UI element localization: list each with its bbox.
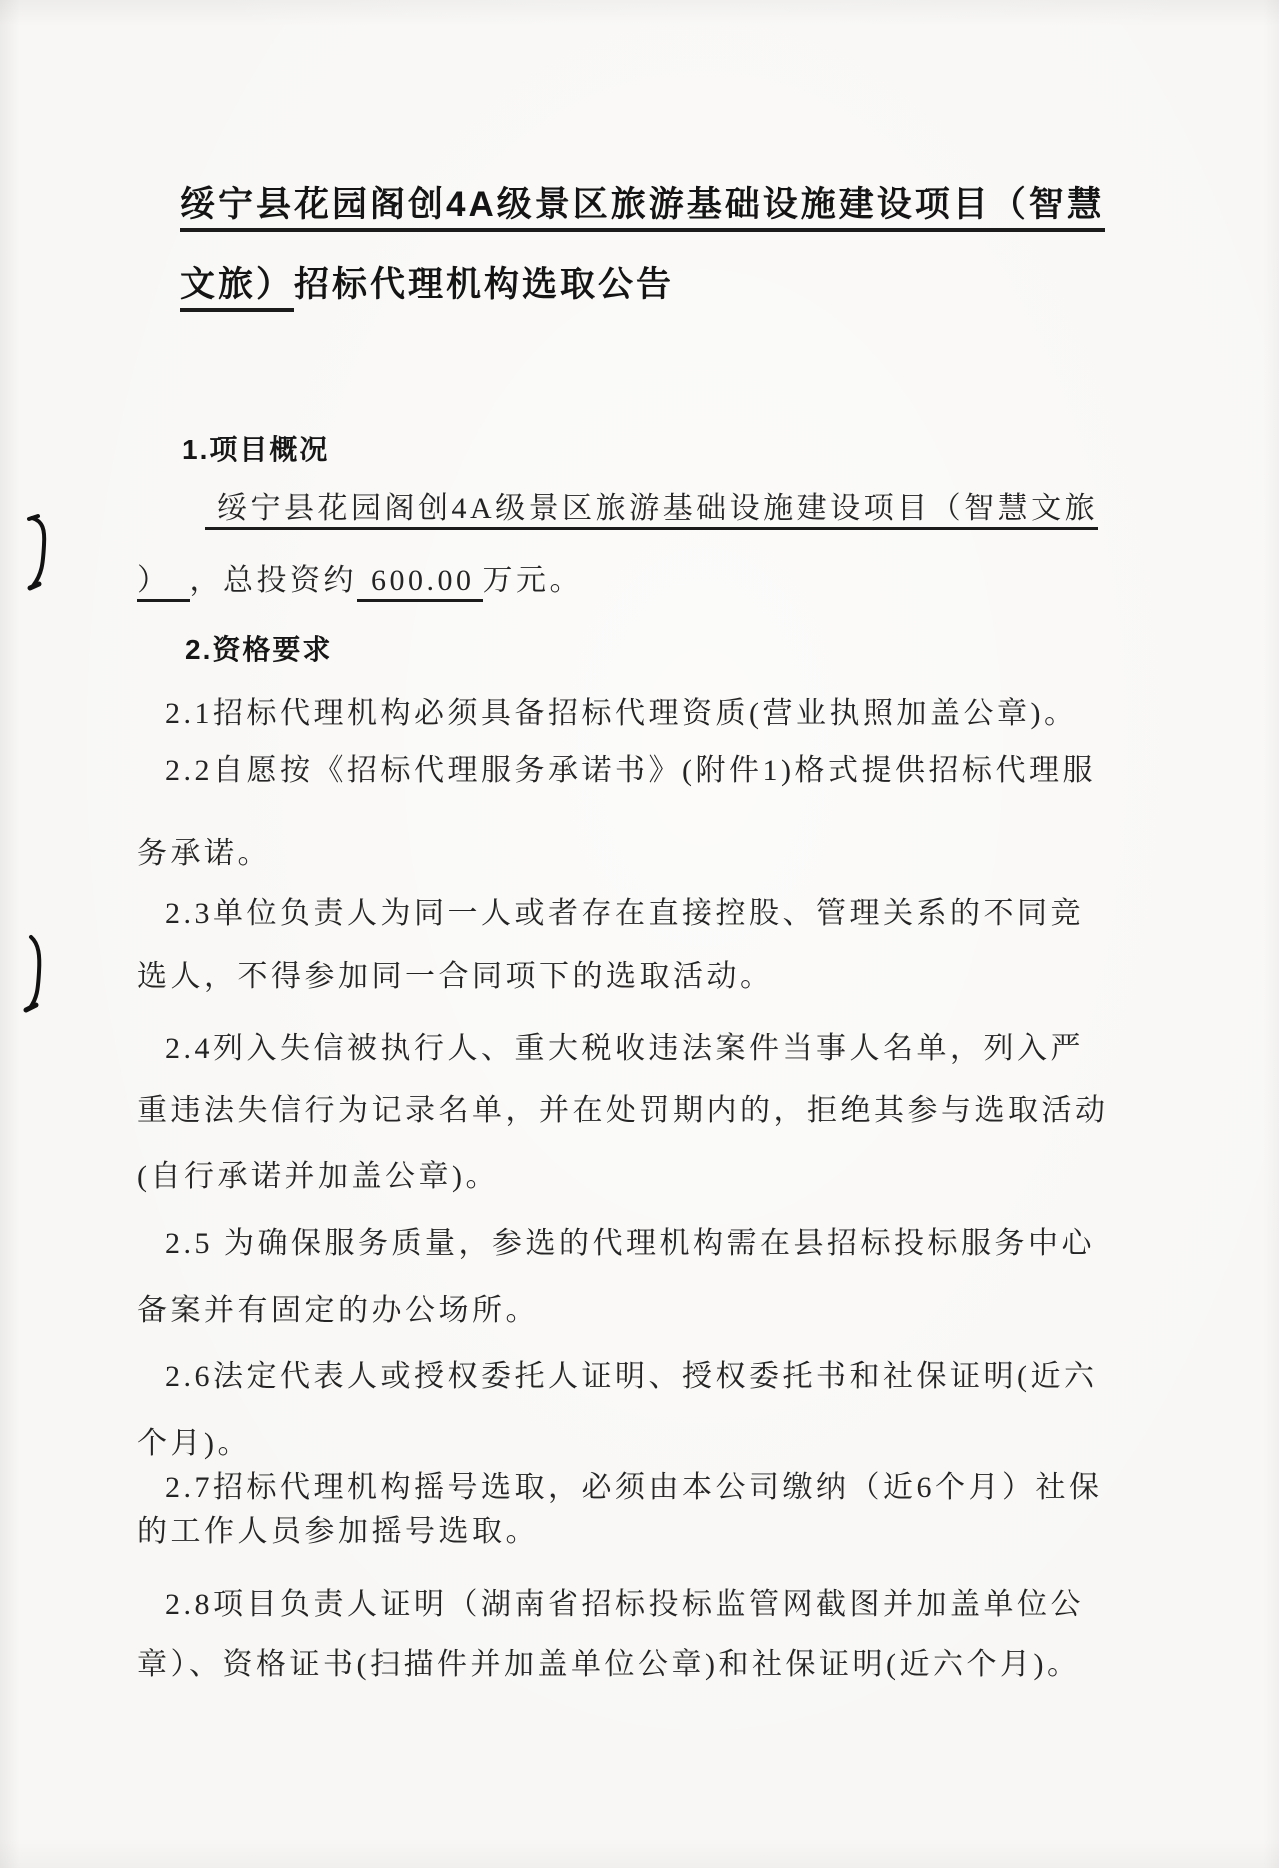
section-1-heading: 1.项目概况 [182,430,329,470]
title-underlined-text: 绥宁县花园阁创4A级景区旅游基础设施建设项目（智慧 [180,185,1105,232]
requirement-2-3-line-2: 选人，不得参加同一合同项下的选取活动。 [137,955,774,999]
document-page: 绥宁县花园阁创4A级景区旅游基础设施建设项目（智慧 文旅）招标代理机构选取公告 … [0,0,1279,1868]
requirement-2-6-line-1: 2.6法定代表人或授权委托人证明、授权委托书和社保证明(近六 [165,1355,1098,1399]
requirement-2-7-line-1: 2.7招标代理机构摇号选取，必须由本公司缴纳（近6个月）社保 [165,1466,1103,1510]
requirement-2-2-line-1: 2.2自愿按《招标代理服务承诺书》(附件1)格式提供招标代理服 [165,749,1096,793]
requirement-2-5-line-2: 备案并有固定的办公场所。 [137,1289,539,1333]
requirement-2-2-line-2: 务承诺。 [137,832,271,876]
document-content: 绥宁县花园阁创4A级景区旅游基础设施建设项目（智慧 文旅）招标代理机构选取公告 … [137,0,1249,1687]
document-title-line-1: 绥宁县花园阁创4A级景区旅游基础设施建设项目（智慧 [180,179,1105,231]
requirement-2-6-line-2: 个月)。 [137,1422,251,1466]
requirement-2-4-line-3: (自行承诺并加盖公章)。 [137,1155,499,1199]
closing-bracket-underlined: ） [137,564,190,602]
title-underlined-text: 文旅） [180,265,294,312]
requirement-2-8-line-1: 2.8项目负责人证明（湖南省招标投标监管网截图并加盖单位公 [165,1583,1084,1627]
requirement-2-4-line-2: 重违法失信行为记录名单，并在处罚期内的，拒绝其参与选取活动 [137,1089,1109,1133]
requirement-2-8-line-2: 章）、资格证书(扫描件并加盖单位公章)和社保证明(近六个月)。 [137,1643,1080,1687]
project-name-line-1: 绥宁县花园阁创4A级景区旅游基础设施建设项目（智慧文旅 [205,487,1098,531]
requirement-2-4-line-1: 2.4列入失信被执行人、重大税收违法案件当事人名单，列入严 [165,1027,1084,1071]
title-rest-text: 招标代理机构选取公告 [294,265,674,304]
project-name-underlined: 绥宁县花园阁创4A级景区旅游基础设施建设项目（智慧文旅 [205,492,1098,530]
pen-mark-top-icon [26,512,52,594]
project-name-line-2: ），总投资约600.00万元。 [137,559,583,603]
investment-unit: 万元。 [483,564,584,597]
investment-amount: 600.00 [357,564,483,602]
document-title-line-2: 文旅）招标代理机构选取公告 [180,259,674,311]
requirement-2-7-line-2: 的工作人员参加摇号选取。 [137,1510,539,1554]
investment-label: ，总投资约 [190,564,358,597]
requirement-2-3-line-1: 2.3单位负责人为同一人或者存在直接控股、管理关系的不同竞 [165,892,1084,936]
requirement-2-1: 2.1招标代理机构必须具备招标代理资质(营业执照加盖公章)。 [165,692,1077,736]
pen-mark-bottom-icon [22,932,48,1016]
section-2-heading: 2.资格要求 [185,630,332,670]
requirement-2-5-line-1: 2.5 为确保服务质量，参选的代理机构需在县招标投标服务中心 [165,1222,1095,1266]
